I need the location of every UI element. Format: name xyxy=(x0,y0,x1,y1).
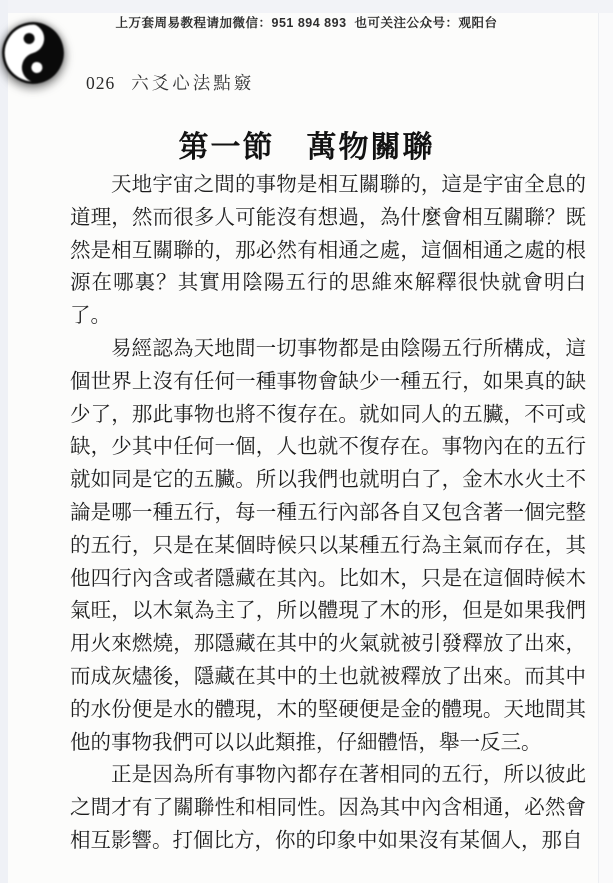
page-number: 026 xyxy=(86,73,115,94)
body-text: 天地宇宙之間的事物是相互關聯的，這是宇宙全息的道理，然而很多人可能沒有想過，為什… xyxy=(70,169,586,858)
scan-margin-top xyxy=(0,0,613,13)
paragraph-2: 易經認為天地間一切事物都是由陰陽五行所構成，這個世界上沒有任何一種事物會缺少一種… xyxy=(70,333,586,759)
running-header: 026 六爻心法點竅 xyxy=(86,70,254,94)
paragraph-3: 正是因為所有事物內都存在著相同的五行，所以彼此之間才有了關聯性和相同性。因為其中… xyxy=(70,759,586,857)
yin-yang-taiji-icon xyxy=(1,21,65,85)
paragraph-1: 天地宇宙之間的事物是相互關聯的，這是宇宙全息的道理，然而很多人可能沒有想過，為什… xyxy=(70,169,586,333)
watermark-header-text: 上万套周易教程请加微信：951 894 893 也可关注公众号：观阳台 xyxy=(0,13,613,31)
chapter-title: 第一節 萬物關聯 xyxy=(0,122,613,166)
book-title: 六爻心法點竅 xyxy=(131,70,254,95)
scanned-book-page: 上万套周易教程请加微信：951 894 893 也可关注公众号：观阳台 026 … xyxy=(0,0,613,883)
